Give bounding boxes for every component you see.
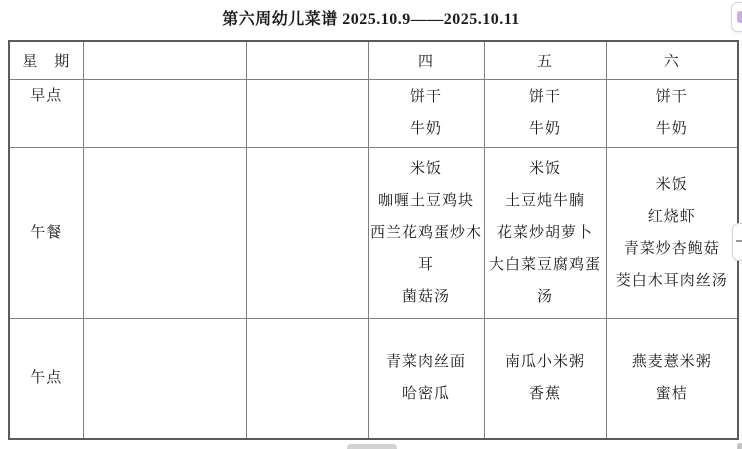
menu-item: 咖喱土豆鸡块 xyxy=(370,185,483,217)
horizontal-scrollbar-thumb[interactable] xyxy=(347,444,397,449)
cell-snack-thu[interactable]: 青菜肉丝面 哈密瓜 xyxy=(368,318,484,439)
assistant-icon xyxy=(737,11,742,23)
cell-lunch-sat[interactable]: 米饭 红烧虾 青菜炒杏鲍菇 茭白木耳肉丝汤 xyxy=(606,147,738,318)
menu-item: 牛奶 xyxy=(486,113,605,145)
menu-item: 土豆炖牛腩 xyxy=(486,185,605,217)
header-row: 星 期 四 五 六 xyxy=(9,41,738,79)
menu-item: 大白菜豆腐鸡蛋汤 xyxy=(486,249,605,313)
cell-snack-fri[interactable]: 南瓜小米粥 香蕉 xyxy=(484,318,606,439)
menu-item: 茭白木耳肉丝汤 xyxy=(608,265,737,297)
row-label-afternoon-snack[interactable]: 午点 xyxy=(9,318,83,439)
cell-lunch-thu[interactable]: 米饭 咖喱土豆鸡块 西兰花鸡蛋炒木耳 菌菇汤 xyxy=(368,147,484,318)
cell-snack-empty-1[interactable] xyxy=(83,318,246,439)
row-label-text: 早点 xyxy=(11,80,82,112)
cell-snack-sat[interactable]: 燕麦薏米粥 蜜桔 xyxy=(606,318,738,439)
menu-item: 牛奶 xyxy=(608,113,737,145)
side-toolbar-button[interactable] xyxy=(732,223,742,261)
header-cell-thu[interactable]: 四 xyxy=(368,41,484,79)
cell-snack-empty-2[interactable] xyxy=(246,318,368,439)
page-title: 第六周幼儿菜谱 2025.10.9——2025.10.11 xyxy=(0,6,742,29)
menu-item: 米饭 xyxy=(486,153,605,185)
menu-item: 饼干 xyxy=(370,81,483,113)
menu-item: 菌菇汤 xyxy=(370,281,483,313)
menu-item: 南瓜小米粥 xyxy=(486,346,605,378)
row-label-breakfast[interactable]: 早点 xyxy=(9,79,83,147)
menu-item: 燕麦薏米粥 xyxy=(608,346,737,378)
collapse-icon xyxy=(736,240,742,242)
lunch-row: 午餐 米饭 咖喱土豆鸡块 西兰花鸡蛋炒木耳 菌菇汤 米饭 土豆炖牛腩 花菜炒胡萝… xyxy=(9,147,738,318)
corner-header-cell[interactable]: 星 期 xyxy=(9,41,83,79)
row-label-text: 午餐 xyxy=(11,217,82,249)
menu-item: 牛奶 xyxy=(370,113,483,145)
header-cell-empty-2[interactable] xyxy=(246,41,368,79)
menu-item: 香蕉 xyxy=(486,378,605,410)
document-page: 第六周幼儿菜谱 2025.10.9——2025.10.11 星 期 四 五 六 … xyxy=(0,0,742,449)
cell-breakfast-sat[interactable]: 饼干 牛奶 xyxy=(606,79,738,147)
scrollbar-corner xyxy=(737,443,742,449)
menu-item: 饼干 xyxy=(608,81,737,113)
assistant-button[interactable] xyxy=(731,2,742,32)
breakfast-row: 早点 饼干 牛奶 饼干 牛奶 饼干 牛奶 xyxy=(9,79,738,147)
menu-item: 米饭 xyxy=(370,153,483,185)
cell-breakfast-empty-1[interactable] xyxy=(83,79,246,147)
cell-lunch-empty-2[interactable] xyxy=(246,147,368,318)
cell-breakfast-empty-2[interactable] xyxy=(246,79,368,147)
row-label-lunch[interactable]: 午餐 xyxy=(9,147,83,318)
cell-breakfast-thu[interactable]: 饼干 牛奶 xyxy=(368,79,484,147)
menu-item: 蜜桔 xyxy=(608,378,737,410)
cell-breakfast-fri[interactable]: 饼干 牛奶 xyxy=(484,79,606,147)
afternoon-snack-row: 午点 青菜肉丝面 哈密瓜 南瓜小米粥 香蕉 燕麦薏米粥 蜜桔 xyxy=(9,318,738,439)
header-cell-fri[interactable]: 五 xyxy=(484,41,606,79)
menu-item: 红烧虾 xyxy=(608,201,737,233)
menu-item: 青菜肉丝面 xyxy=(370,346,483,378)
menu-item: 西兰花鸡蛋炒木耳 xyxy=(370,217,483,281)
cell-lunch-fri[interactable]: 米饭 土豆炖牛腩 花菜炒胡萝卜 大白菜豆腐鸡蛋汤 xyxy=(484,147,606,318)
row-label-text: 午点 xyxy=(11,362,82,394)
header-cell-sat[interactable]: 六 xyxy=(606,41,738,79)
menu-item: 米饭 xyxy=(608,169,737,201)
menu-item: 哈密瓜 xyxy=(370,378,483,410)
menu-item: 饼干 xyxy=(486,81,605,113)
cell-lunch-empty-1[interactable] xyxy=(83,147,246,318)
menu-table: 星 期 四 五 六 早点 饼干 牛奶 饼干 牛奶 饼干 牛奶 xyxy=(8,40,739,440)
header-cell-empty-1[interactable] xyxy=(83,41,246,79)
menu-item: 花菜炒胡萝卜 xyxy=(486,217,605,249)
menu-item: 青菜炒杏鲍菇 xyxy=(608,233,737,265)
